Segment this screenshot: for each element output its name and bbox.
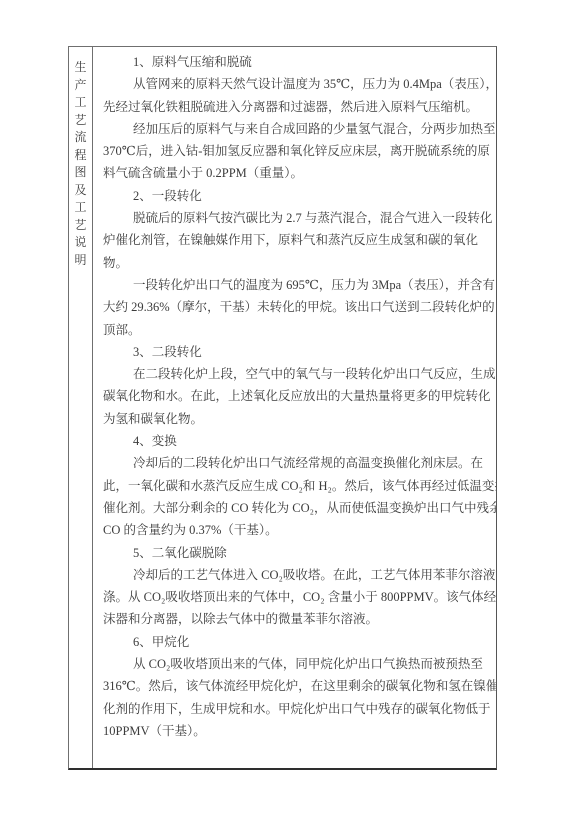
text-line: 化剂的作用下，生成甲烷和水。甲烷化炉出口气中残存的碳氧化物低于 [103,698,488,720]
text-line: 370℃后，进入钴-钼加氢反应器和氧化锌反应床层，离开脱硫系统的原 [103,140,488,162]
text-line: 冷却后的工艺气体进入 CO₂吸收塔。在此，工艺气体用苯菲尔溶液洗 [103,564,488,586]
row-header-label: 生产工艺流程图及工艺说明 [74,59,87,269]
section-4-heading: 4、变换 [103,430,488,452]
section-6-heading: 6、甲烷化 [103,631,488,653]
section-5-heading: 5、二氧化碳脱除 [103,542,488,564]
section-1-heading: 1、原料气压缩和脱硫 [103,51,488,73]
text-line: 为氢和碳氧化物。 [103,408,488,430]
document-page: 生产工艺流程图及工艺说明 1、原料气压缩和脱硫 从管网来的原料天然气设计温度为 … [0,0,564,813]
text-line: 顶部。 [103,319,488,341]
text-line: 从管网来的原料天然气设计温度为 35℃，压力为 0.4Mpa（表压）， [103,73,488,95]
text-line: 大约 29.36%（摩尔，干基）未转化的甲烷。该出口气送到二段转化炉的 [103,296,488,318]
process-description-table: 生产工艺流程图及工艺说明 1、原料气压缩和脱硫 从管网来的原料天然气设计温度为 … [68,46,497,770]
section-2-heading: 2、一段转化 [103,185,488,207]
section-3-heading: 3、二段转化 [103,341,488,363]
text-line: 碳氧化物和水。在此，上述氧化反应放出的大量热量将更多的甲烷转化 [103,385,488,407]
text-line: 从 CO₂吸收塔顶出来的气体，同甲烷化炉出口气换热而被预热至 [103,653,488,675]
text-line: 冷却后的二段转化炉出口气流经常规的高温变换催化剂床层。在 [103,452,488,474]
text-line: 先经过氧化铁粗脱硫进入分离器和过滤器，然后进入原料气压缩机。 [103,96,488,118]
text-line: 经加压后的原料气与来自合成回路的少量氢气混合，分两步加热至 [103,118,488,140]
text-line: 涤。从 CO₂吸收塔顶出来的气体中，CO₂ 含量小于 800PPMV。该气体经过… [103,586,488,608]
text-line: 一段转化炉出口气的温度为 695℃，压力为 3Mpa（表压），并含有 [103,274,488,296]
text-line: 脱硫后的原料气按汽碳比为 2.7 与蒸汽混合，混合气进入一段转化 [103,207,488,229]
text-line: 此，一氧化碳和水蒸汽反应生成 CO₂和 H₂。然后，该气体再经过低温变换 [103,475,488,497]
text-line: 料气硫含硫量小于 0.2PPM（重量）。 [103,162,488,184]
text-line: 在二段转化炉上段，空气中的氧气与一段转化炉出口气反应，生成 [103,363,488,385]
row-header-cell: 生产工艺流程图及工艺说明 [69,47,93,768]
text-line: 催化剂。大部分剩余的 CO 转化为 CO₂，从而使低温变换炉出口气中残余 [103,497,488,519]
text-line: 10PPMV（干基）。 [103,720,488,742]
text-line: CO 的含量约为 0.37%（干基）。 [103,519,488,541]
text-line: 沫器和分离器，以除去气体中的微量苯菲尔溶液。 [103,608,488,630]
process-description-content: 1、原料气压缩和脱硫 从管网来的原料天然气设计温度为 35℃，压力为 0.4Mp… [93,47,496,768]
text-line: 316℃。然后，该气体流经甲烷化炉，在这里剩余的碳氧化物和氢在镍催 [103,675,488,697]
text-line: 物。 [103,252,488,274]
text-line: 炉催化剂管，在镍触媒作用下，原料气和蒸汽反应生成氢和碳的氧化 [103,229,488,251]
